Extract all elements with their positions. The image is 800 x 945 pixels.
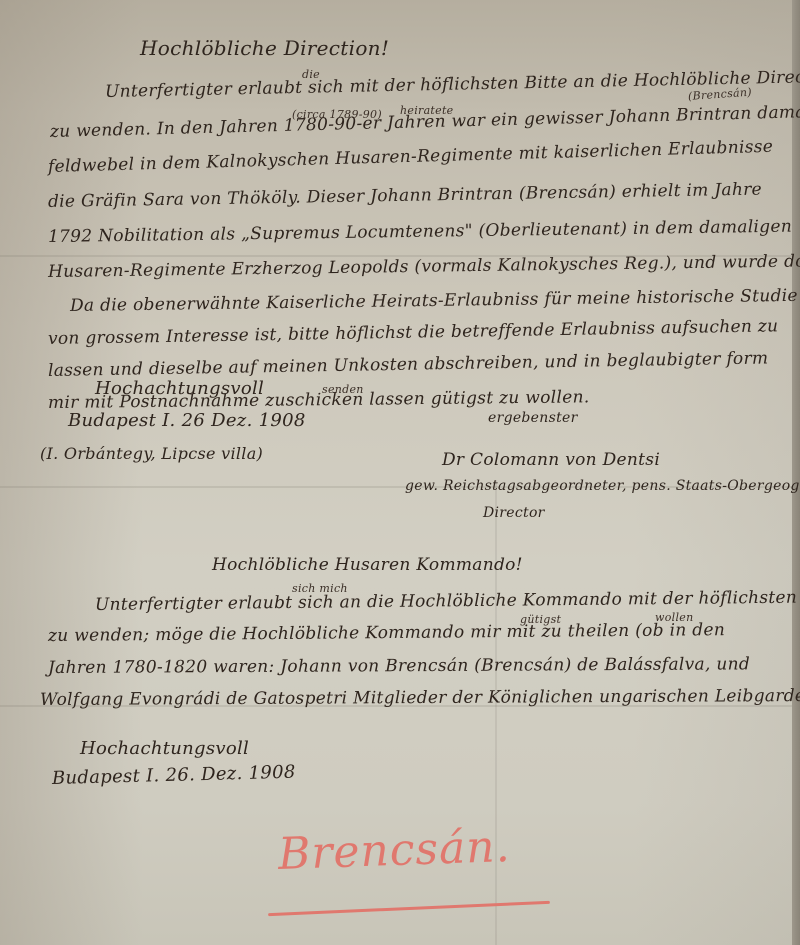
signer-role: Director xyxy=(483,505,545,521)
signoff: ergebenster xyxy=(488,410,578,426)
letter-line: Wolfgang Evongrádi de Gatospetri Mitglie… xyxy=(40,686,800,710)
salutation-kommando: Hochlöbliche Husaren Kommando! xyxy=(212,555,523,575)
signer-title: gew. Reichstagsabgeordneter, pens. Staat… xyxy=(405,478,800,494)
salutation-direction: Hochlöbliche Direction! xyxy=(140,36,389,60)
place-date: Budapest I. 26 Dez. 1908 xyxy=(68,410,306,431)
sender-address: (I. Orbántegy, Lipcse villa) xyxy=(40,444,263,463)
fold-line xyxy=(495,480,497,945)
paper-edge xyxy=(792,0,800,945)
closing-text: Hochachtungsvoll xyxy=(95,378,264,399)
closing-text: Hochachtungsvoll xyxy=(80,738,249,759)
signer-name: Dr Colomann von Dentsi xyxy=(442,450,660,470)
red-signature: Brencsán. xyxy=(277,821,511,880)
letter-line: Jahren 1780-1820 waren: Johann von Brenc… xyxy=(48,654,750,678)
